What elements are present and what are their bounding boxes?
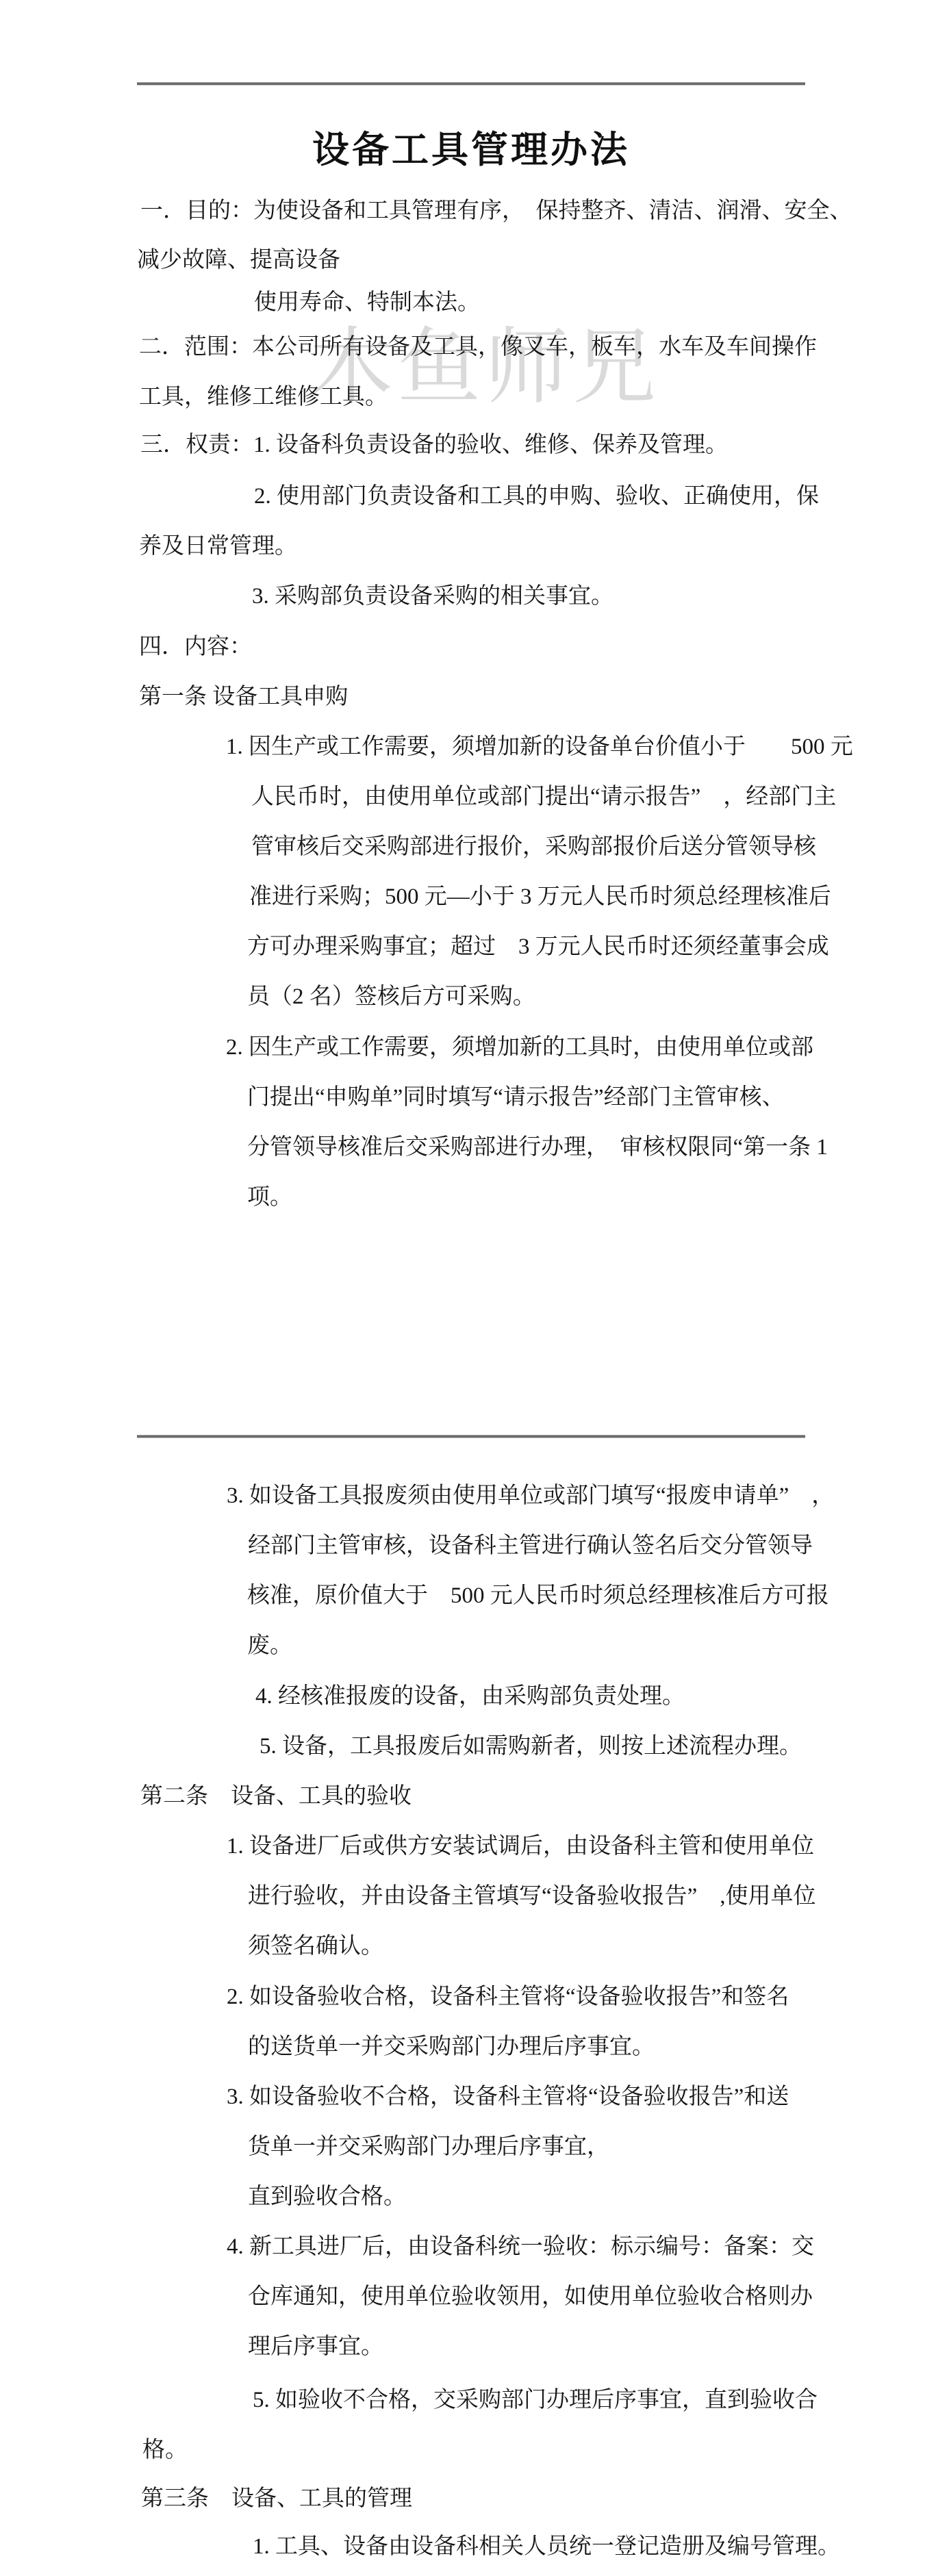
document-line: 第一条 设备工具申购	[139, 683, 348, 711]
document-line: 分管领导核准后交采购部进行办理， 审核权限同“第一条 1	[247, 1134, 828, 1161]
document-line: 2. 如设备验收合格，设备科主管将“设备验收报告”和签名	[227, 1983, 789, 2011]
document-line: 第二条 设备、工具的验收	[140, 1783, 412, 1810]
document-line: 项。	[247, 1184, 292, 1211]
document-line: 4. 新工具进厂后，由设备科统一验收：标示编号：备案：交	[227, 2233, 814, 2260]
document-line: 使用寿命、特制本法。	[254, 289, 480, 316]
document-line: 进行验收，并由设备主管填写“设备验收报告” ,使用单位	[248, 1883, 816, 1910]
document-line: 货单一并交采购部门办理后序事宜，	[248, 2133, 609, 2160]
document-line: 三．权责：1. 设备科负责设备的验收、维修、保养及管理。	[140, 431, 728, 459]
document-line: 二．范围：本公司所有设备及工具，像叉车，板车，水车及车间操作	[139, 333, 817, 361]
document-line: 5. 设备，工具报废后如需购新者，则按上述流程办理。	[260, 1733, 802, 1760]
document-line: 养及日常管理。	[139, 533, 297, 560]
document-line: 经部门主管审核，设备科主管进行确认签名后交分管领导	[248, 1532, 813, 1559]
document-line: 一．目的：为使设备和工具管理有序， 保持整齐、清洁、润滑、安全、	[140, 197, 852, 225]
document-line: 1. 因生产或工作需要，须增加新的设备单台价值小于 500 元	[226, 733, 853, 761]
document-line: 格。	[142, 2436, 188, 2464]
document-line: 1. 工具、设备由设备科相关人员统一登记造册及编号管理。	[253, 2533, 840, 2560]
page-title: 设备工具管理办法	[137, 120, 805, 173]
document-line: 人民币时，由使用单位或部门提出“请示报告” ，经部门主	[251, 783, 836, 811]
document-line: 4. 经核准报废的设备，由采购部负责处理。	[255, 1683, 685, 1710]
document-line: 门提出“申购单”同时填写“请示报告”经部门主管审核、	[247, 1084, 785, 1111]
document-line: 直到验收合格。	[248, 2183, 406, 2210]
document-line: 5. 如验收不合格，交采购部门办理后序事宜，直到验收合	[253, 2386, 818, 2414]
document-line: 1. 设备进厂后或供方安装试调后，由设备科主管和使用单位	[227, 1833, 814, 1860]
document-line: 核准，原价值大于 500 元人民币时须总经理核准后方可报	[247, 1582, 829, 1609]
document-line: 员（2 名）签核后方可采购。	[247, 983, 535, 1010]
document-line: 仓库通知，使用单位验收领用，如使用单位验收合格则办	[248, 2283, 813, 2310]
document-page: 木鱼师兄 设备工具管理办法 一．目的：为使设备和工具管理有序， 保持整齐、清洁、…	[0, 0, 936, 2576]
document-line: 准进行采购；500 元—小于 3 万元人民币时须总经理核准后	[249, 883, 831, 910]
document-line: 废。	[247, 1632, 292, 1659]
document-line: 第三条 设备、工具的管理	[141, 2485, 412, 2512]
document-line: 2. 使用部门负责设备和工具的申购、验收、正确使用，保	[254, 483, 819, 510]
document-line: 3. 如设备验收不合格，设备科主管将“设备验收报告”和送	[227, 2083, 789, 2110]
document-line: 四．内容：	[139, 633, 252, 661]
document-line: 3. 如设备工具报废须由使用单位或部门填写“报废申请单” ，	[227, 1482, 834, 1509]
header-divider-line	[137, 82, 805, 86]
document-line: 管审核后交采购部进行报价，采购部报价后送分管领导核	[251, 833, 816, 860]
document-line: 减少故障、提高设备	[137, 246, 340, 274]
document-line: 工具，维修工维修工具。	[139, 383, 388, 411]
document-line: 须签名确认。	[248, 1933, 383, 1960]
document-line: 3. 采购部负责设备采购的相关事宜。	[252, 583, 614, 610]
document-line: 2. 因生产或工作需要，须增加新的工具时，由使用单位或部	[226, 1034, 813, 1061]
document-line: 方可办理采购事宜；超过 3 万元人民币时还须经董事会成	[247, 933, 829, 960]
document-line: 的送货单一并交采购部门办理后序事宜。	[248, 2033, 655, 2061]
page-break-divider-line	[137, 1435, 805, 1438]
document-line: 理后序事宜。	[248, 2333, 383, 2360]
